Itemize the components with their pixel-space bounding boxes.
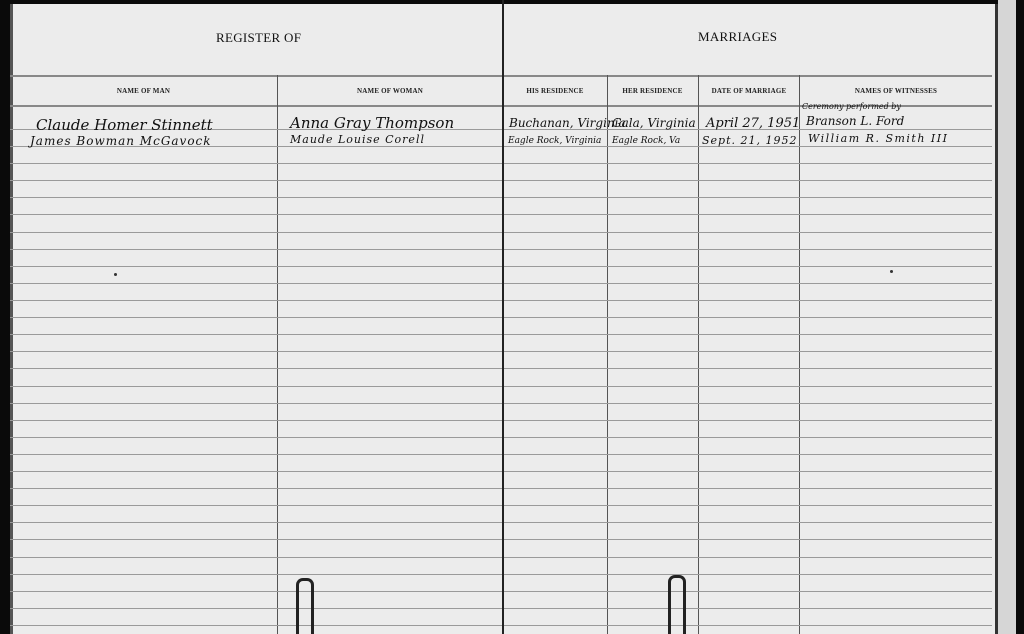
- ruled-line: [10, 180, 992, 181]
- entry-2-her-residence: Eagle Rock, Va: [612, 136, 680, 146]
- column-divider: [277, 75, 278, 634]
- ruled-line: [10, 266, 992, 267]
- book-edge: [998, 0, 1016, 634]
- ruled-line: [10, 351, 992, 352]
- speck: [890, 270, 893, 273]
- ruled-line: [10, 574, 992, 575]
- ruled-line: [10, 505, 992, 506]
- speck: [114, 273, 117, 276]
- ruled-line: [10, 608, 992, 609]
- ruled-line: [10, 249, 992, 250]
- ruled-line: [10, 214, 992, 215]
- entry-2-woman: Maude Louise Corell: [290, 133, 425, 146]
- register-title-right: MARRIAGES: [698, 29, 777, 45]
- entry-1-his-residence: Buchanan, Virginia: [509, 116, 626, 130]
- ruled-line: [10, 232, 992, 233]
- paper-clip-right: [668, 575, 686, 634]
- ruled-line: [10, 539, 992, 540]
- column-divider: [607, 75, 608, 634]
- header-name-of-man: NAME OF MAN: [10, 77, 277, 105]
- ruled-line: [10, 557, 992, 558]
- entry-1-date: April 27, 1951: [706, 116, 800, 131]
- ruled-line: [10, 317, 992, 318]
- entry-2-his-residence: Eagle Rock, Virginia: [508, 136, 601, 146]
- column-divider: [799, 75, 800, 634]
- ruled-line: [10, 420, 992, 421]
- entry-1-witnesses: Branson L. Ford: [806, 114, 904, 128]
- paper-clip-left: [296, 578, 314, 634]
- entry-1-officiant-note: Ceremony performed by: [802, 102, 901, 111]
- entry-2-witnesses: William R. Smith III: [808, 132, 948, 145]
- ruled-line: [10, 334, 992, 335]
- header-date-of-marriage: DATE OF MARRIAGE: [698, 77, 800, 105]
- header-his-residence: HIS RESIDENCE: [503, 77, 607, 105]
- header-her-residence: HER RESIDENCE: [607, 77, 698, 105]
- entry-2-man: James Bowman McGavock: [30, 134, 212, 148]
- ruled-line: [10, 283, 992, 284]
- ruled-line: [10, 591, 992, 592]
- entry-1-man: Claude Homer Stinnett: [36, 116, 213, 134]
- column-divider: [698, 75, 699, 634]
- ruled-line: [10, 488, 992, 489]
- ruled-line: [10, 368, 992, 369]
- book-spine: [502, 0, 504, 634]
- ruled-line: [10, 197, 992, 198]
- ruled-line: [10, 454, 992, 455]
- ruled-line: [10, 403, 992, 404]
- ruled-line: [10, 625, 992, 626]
- ruled-line: [10, 300, 992, 301]
- entry-1-woman: Anna Gray Thompson: [290, 114, 454, 132]
- header-names-of-witnesses: NAMES OF WITNESSES: [800, 77, 992, 105]
- ruled-line: [10, 163, 992, 164]
- ruled-line: [10, 437, 992, 438]
- ruled-line: [10, 386, 992, 387]
- register-title-left: REGISTER OF: [216, 30, 301, 46]
- header-name-of-woman: NAME OF WOMAN: [277, 77, 503, 105]
- ruled-line: [10, 522, 992, 523]
- ruled-line: [10, 471, 992, 472]
- entry-2-date: Sept. 21, 1952: [702, 134, 798, 147]
- entry-1-her-residence: Gala, Virginia: [612, 116, 696, 130]
